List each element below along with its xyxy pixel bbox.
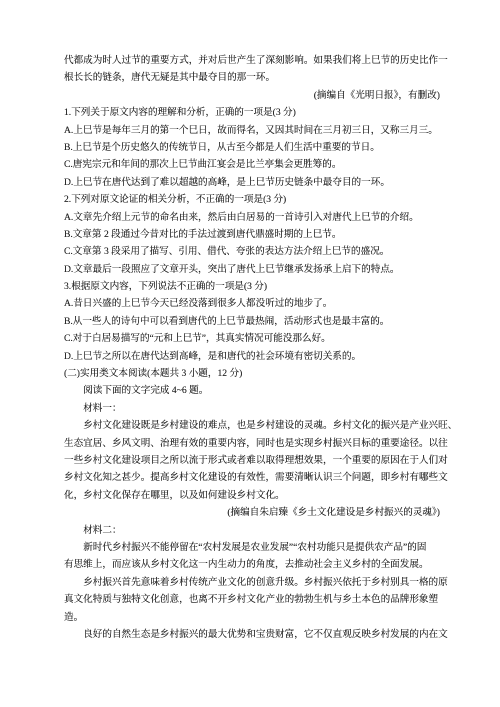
question-2-option-b: B.文章第 2 段通过今昔对比的手法过渡到唐代鼎盛时期的上巳节。 (64, 226, 440, 243)
question-2-option-c: C.文章第 3 段采用了描写、引用、借代、夸张的表达方法介绍上巳节的盛况。 (64, 243, 440, 260)
question-2-stem: 2.下列对原文论证的相关分析，不正确的一项是(3 分) (64, 191, 440, 208)
section-two-instruction: 阅读下面的文字完成 4~6 题。 (64, 382, 440, 399)
material-one-line: 生态宜居、乡风文明、治理有效的重要内容，同时也是实现乡村振兴目标的重要途径。以往 (64, 435, 440, 452)
question-3-option-d: D.上巳节之所以在唐代达到高峰，是和唐代的社会环境有密切关系的。 (64, 348, 440, 365)
question-3-stem: 3.根据原文内容，下列说法不正确的一项是(3 分) (64, 278, 440, 295)
question-2-option-d: D.文章最后一段照应了文章开头，突出了唐代上巳节继承发扬承上启下的特点。 (64, 261, 440, 278)
question-1-option-b: B.上巳节是个历史悠久的传统节日，从古至今都是人们生活中重要的节日。 (64, 139, 440, 156)
question-1-option-d: D.上巳节在唐代达到了难以超越的高峰，是上巳节历史链条中最夺目的一环。 (64, 174, 440, 191)
material-two-line: 有思维上，而应该从乡村文化这一内生动力的角度，去推动社会主义乡村的全面发展。 (64, 556, 440, 573)
question-3-option-c: C.对于白居易描写的“元和上巳节”，其真实情况可能没那么好。 (64, 330, 440, 347)
material-one-line: 乡村文化建设既是乡村建设的难点，也是乡村建设的灵魂。乡村文化的振兴是产业兴旺、 (64, 417, 440, 434)
question-1-option-a: A.上巳节是每年三月的第一个巳日，故而得名，又因其时间在三月初三日，又称三月三。 (64, 122, 440, 139)
material-two-line: 造。 (64, 609, 440, 626)
material-one-label: 材料一： (64, 400, 440, 417)
source-credit: (摘编自《光明日报》，有删改) (64, 87, 440, 104)
question-1-option-c: C.唐宪宗元和年间的那次上巳节曲江宴会是比兰亭集会更胜筹的。 (64, 156, 440, 173)
material-one-credit: (摘编自朱启臻《乡土文化建设是乡村振兴的灵魂》) (64, 504, 440, 521)
document-page: 代都成为时人过节的重要方式，并对后世产生了深刻影响。如果我们将上巳节的历史比作一… (0, 0, 500, 707)
question-2-option-a: A.文章先介绍上元节的命名由来，然后由白居易的一首诗引入对唐代上巳节的介绍。 (64, 209, 440, 226)
question-3-option-a: A.昔日兴盛的上巳节今天已经没落到很多人都没听过的地步了。 (64, 295, 440, 312)
passage-tail-line: 根长长的链条，唐代无疑是其中最夺目的那一环。 (64, 69, 440, 86)
material-two-line: 真文化特质与独特文化创意，也离不开乡村文化产业的勃勃生机与乡土本色的品牌形象塑 (64, 591, 440, 608)
material-two-line: 乡村振兴首先意味着乡村传统产业文化的创意升级。乡村振兴依托于乡村别具一格的原 (64, 574, 440, 591)
section-two-heading: (二)实用类文本阅读(本题共 3 小题，12 分) (64, 365, 440, 382)
passage-tail-line: 代都成为时人过节的重要方式，并对后世产生了深刻影响。如果我们将上巳节的历史比作一 (64, 52, 440, 69)
document-content: 代都成为时人过节的重要方式，并对后世产生了深刻影响。如果我们将上巳节的历史比作一… (64, 52, 440, 643)
material-two-label: 材料二： (64, 522, 440, 539)
material-one-line: 化，乡村文化保存在哪里，以及如何建设乡村文化。 (64, 487, 440, 504)
question-3-option-b: B.从一些人的诗句中可以看到唐代的上巳节最热闹，活动形式也是最丰富的。 (64, 313, 440, 330)
material-two-line: 新时代乡村振兴不能停留在“农村发展是农业发展”“农村功能只是提供农产品”的固 (64, 539, 440, 556)
material-one-line: 一些乡村文化建设项目之所以流于形式或者难以取得理想效果，一个重要的原因在于人们对 (64, 452, 440, 469)
material-one-line: 乡村文化知之甚少。提高乡村文化建设的有效性，需要清晰认识三个问题，即乡村有哪些文 (64, 469, 440, 486)
question-1-stem: 1.下列关于原文内容的理解和分析，正确的一项是(3 分) (64, 104, 440, 121)
material-two-line: 良好的自然生态是乡村振兴的最大优势和宝贵财富，它不仅直观反映乡村发展的内在文 (64, 626, 440, 643)
